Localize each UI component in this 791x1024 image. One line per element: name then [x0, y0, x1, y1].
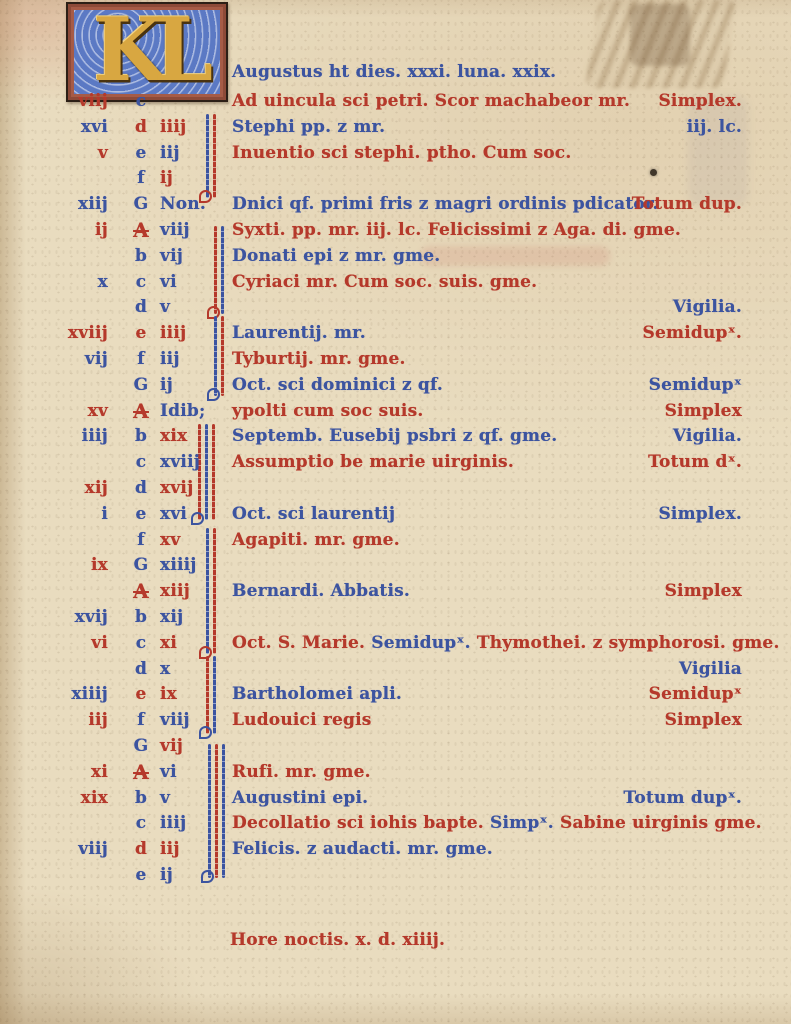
calendar-row: v e iij Inuentio sci stephi. ptho. Cum s… — [0, 142, 791, 166]
feast-entry: Felicis. z audacti. mr. gme. — [232, 838, 493, 860]
calendar-row: b vij Donati epi z mr. gme. — [0, 245, 791, 269]
feast-entry: ypolti cum soc suis. — [232, 400, 423, 422]
day-count: xv — [160, 529, 222, 551]
dominical-letter: d — [126, 296, 156, 318]
dominical-letter: G — [126, 735, 156, 757]
day-count: xviij — [160, 451, 222, 473]
feast-entry: Oct. S. Marie. Semidupˣ. Thymothei. z sy… — [232, 632, 780, 654]
feast-entry-segment: Inuentio sci stephi. ptho. Cum soc. — [232, 143, 571, 163]
kl-initial: KL — [66, 2, 228, 102]
day-count: v — [160, 296, 222, 318]
calendar-row: x c vi Cyriaci mr. Cum soc. suis. gme. — [0, 271, 791, 295]
feast-entry-segment: Augustini epi. — [232, 788, 368, 808]
calendar-row: xiij G Non. Dnici qf. primi fris z magri… — [0, 193, 791, 217]
feast-entry: Bartholomei apli. — [232, 683, 402, 705]
feast-entry: Dnici qf. primi fris z magri ordinis pdi… — [232, 193, 659, 215]
day-count: viij — [160, 219, 222, 241]
show-through-stain — [630, 4, 690, 66]
dominical-letter: c — [126, 451, 156, 473]
dominical-letter: c — [126, 812, 156, 834]
calendar-row: d v Vigilia. — [0, 296, 791, 320]
dominical-letter: f — [126, 167, 156, 189]
dominical-letter: A — [126, 219, 156, 241]
golden-number: x — [54, 271, 108, 293]
golden-number: viij — [54, 838, 108, 860]
feast-entry-segment: Oct. sci laurentij — [232, 504, 395, 524]
calendar-row: vij f iij Tyburtij. mr. gme. — [0, 348, 791, 372]
feast-entry-segment: Decollatio sci iohis bapte. — [232, 813, 490, 833]
golden-number: xiij — [54, 193, 108, 215]
feast-entry: Stephi pp. z mr. — [232, 116, 385, 138]
feast-entry: Ad uincula sci petri. Scor machabeor mr. — [232, 90, 630, 112]
calendar-row: i e xvi Oct. sci laurentij Simplex. — [0, 503, 791, 527]
feast-entry: Donati epi z mr. gme. — [232, 245, 440, 267]
day-count: ij — [160, 374, 222, 396]
golden-number: xv — [54, 400, 108, 422]
dominical-letter: b — [126, 787, 156, 809]
day-count: viij — [160, 709, 222, 731]
feast-entry-segment: Dnici qf. primi fris z magri ordinis pdi… — [232, 194, 659, 214]
month-header: Augustus ht dies. xxxi. luna. xxix. — [232, 62, 556, 82]
feast-entry-segment: Oct. sci dominici z qf. — [232, 375, 443, 395]
feast-entry: Bernardi. Abbatis. — [232, 580, 410, 602]
day-count: xi — [160, 632, 222, 654]
calendar-row: f ij — [0, 167, 791, 191]
golden-number: ix — [54, 554, 108, 576]
feast-grade: Totum dupˣ. — [624, 787, 743, 809]
feast-entry: Oct. sci laurentij — [232, 503, 395, 525]
calendar-row: G vij — [0, 735, 791, 759]
day-count: v — [160, 787, 222, 809]
golden-number: xix — [54, 787, 108, 809]
feast-entry-segment: Assumptio be marie uirginis. — [232, 452, 514, 472]
feast-entry-segment: Agapiti. mr. gme. — [232, 530, 400, 550]
feast-grade: Semidupˣ — [649, 374, 742, 396]
dominical-letter: e — [126, 322, 156, 344]
feast-entry-segment: Ludouici regis — [232, 710, 372, 730]
show-through-stain — [585, 0, 737, 88]
golden-number: i — [54, 503, 108, 525]
day-count: iiij — [160, 322, 222, 344]
calendar-row: ix G xiiij — [0, 554, 791, 578]
dominical-letter: e — [126, 683, 156, 705]
feast-grade: Simplex. — [658, 90, 742, 112]
feast-grade: Semidupˣ — [649, 683, 742, 705]
dominical-letter: A — [126, 761, 156, 783]
calendar-row: ij A viij Syxti. pp. mr. iij. lc. Felici… — [0, 219, 791, 243]
dominical-letter: c — [126, 271, 156, 293]
feast-grade: Simplex — [665, 580, 742, 602]
feast-entry-segment: Stephi pp. z mr. — [232, 117, 385, 137]
calendar-row: xix b v Augustini epi. Totum dupˣ. — [0, 787, 791, 811]
dominical-letter: e — [126, 503, 156, 525]
golden-number: iiij — [54, 425, 108, 447]
dominical-letter: G — [126, 193, 156, 215]
dominical-letter: b — [126, 245, 156, 267]
feast-entry-segment: Simpˣ. — [490, 813, 560, 833]
feast-entry-segment: Bernardi. Abbatis. — [232, 581, 410, 601]
golden-number: ij — [54, 219, 108, 241]
golden-number: xvi — [54, 116, 108, 138]
feast-entry-segment: Ad uincula sci petri. Scor machabeor mr. — [232, 91, 630, 111]
golden-number: v — [54, 142, 108, 164]
calendar-row: xi A vi Rufi. mr. gme. — [0, 761, 791, 785]
dominical-letter: c — [126, 90, 156, 112]
day-count: xix — [160, 425, 222, 447]
calendar-row: G ij Oct. sci dominici z qf. Semidupˣ — [0, 374, 791, 398]
day-count: vi — [160, 271, 222, 293]
feast-entry: Syxti. pp. mr. iij. lc. Felicissimi z Ag… — [232, 219, 681, 241]
calendar-row: c iiij Decollatio sci iohis bapte. Simpˣ… — [0, 812, 791, 836]
dominical-letter: A — [126, 400, 156, 422]
feast-grade: Vigilia. — [673, 296, 742, 318]
feast-entry: Laurentij. mr. — [232, 322, 366, 344]
feast-grade: iij. lc. — [687, 116, 742, 138]
feast-entry: Cyriaci mr. Cum soc. suis. gme. — [232, 271, 537, 293]
feast-entry-segment: Thymothei. z symphorosi. gme. — [477, 633, 780, 653]
feast-entry-segment: Septemb. Eusebij psbri z qf. gme. — [232, 426, 557, 446]
dominical-letter: f — [126, 348, 156, 370]
day-count: ij — [160, 864, 222, 886]
golden-number: xi — [54, 761, 108, 783]
feast-grade: Totum dˣ. — [648, 451, 742, 473]
day-count: iiij — [160, 812, 222, 834]
calendar-row: xv A Idib; ypolti cum soc suis. Simplex — [0, 400, 791, 424]
dominical-letter: c — [126, 632, 156, 654]
calendar-row: c xviij Assumptio be marie uirginis. Tot… — [0, 451, 791, 475]
feast-entry: Augustini epi. — [232, 787, 368, 809]
golden-number: xij — [54, 477, 108, 499]
dominical-letter: d — [126, 658, 156, 680]
feast-entry: Assumptio be marie uirginis. — [232, 451, 514, 473]
day-count: iij — [160, 348, 222, 370]
golden-number: xiiij — [54, 683, 108, 705]
golden-number: xvij — [54, 606, 108, 628]
feast-grade: Vigilia. — [673, 425, 742, 447]
calendar-row: xij d xvij — [0, 477, 791, 501]
day-count: Non. — [160, 193, 222, 215]
calendar-row: xviij e iiij Laurentij. mr. Semidupˣ. — [0, 322, 791, 346]
day-count: Idib; — [160, 400, 222, 422]
calendar-row: xvi d iiij Stephi pp. z mr. iij. lc. — [0, 116, 791, 140]
golden-number: viij — [54, 90, 108, 112]
calendar-row: viij c Ad uincula sci petri. Scor machab… — [0, 90, 791, 114]
dominical-letter: A — [126, 580, 156, 602]
dominical-letter: d — [126, 116, 156, 138]
feast-entry-segment: Bartholomei apli. — [232, 684, 402, 704]
calendar-row: vi c xi Oct. S. Marie. Semidupˣ. Thymoth… — [0, 632, 791, 656]
feast-entry-segment: Donati epi z mr. gme. — [232, 246, 440, 266]
hours-note: Hore noctis. x. d. xiiij. — [230, 930, 445, 950]
calendar-row: e ij — [0, 864, 791, 888]
dominical-letter: f — [126, 709, 156, 731]
feast-entry: Oct. sci dominici z qf. — [232, 374, 443, 396]
dominical-letter: b — [126, 425, 156, 447]
day-count: vij — [160, 735, 222, 757]
feast-entry-segment: Felicis. z audacti. mr. gme. — [232, 839, 493, 859]
day-count: iij — [160, 838, 222, 860]
dominical-letter: f — [126, 529, 156, 551]
feast-grade: Totum dup. — [632, 193, 742, 215]
feast-entry-segment: Cyriaci mr. Cum soc. suis. gme. — [232, 272, 537, 292]
calendar-row: d x Vigilia — [0, 658, 791, 682]
dominical-letter: G — [126, 554, 156, 576]
calendar-row: A xiij Bernardi. Abbatis. Simplex — [0, 580, 791, 604]
feast-entry: Agapiti. mr. gme. — [232, 529, 400, 551]
dominical-letter: G — [126, 374, 156, 396]
calendar-row: xiiij e ix Bartholomei apli. Semidupˣ — [0, 683, 791, 707]
day-count: x — [160, 658, 222, 680]
calendar-row: iiij b xix Septemb. Eusebij psbri z qf. … — [0, 425, 791, 449]
feast-grade: Vigilia — [679, 658, 742, 680]
calendar-row: f xv Agapiti. mr. gme. — [0, 529, 791, 553]
dominical-letter: e — [126, 142, 156, 164]
dominical-letter: d — [126, 477, 156, 499]
dominical-letter: b — [126, 606, 156, 628]
day-count: xij — [160, 606, 222, 628]
kl-initial-letters: KL — [68, 0, 226, 102]
golden-number: iij — [54, 709, 108, 731]
calendar-row: xvij b xij — [0, 606, 791, 630]
feast-entry-segment: Oct. S. Marie. — [232, 633, 371, 653]
feast-entry-segment: Laurentij. mr. — [232, 323, 366, 343]
feast-entry-segment: Syxti. pp. mr. iij. lc. Felicissimi z Ag… — [232, 220, 681, 240]
feast-entry-segment: Rufi. mr. gme. — [232, 762, 371, 782]
day-count: vi — [160, 761, 222, 783]
day-count: xvi — [160, 503, 222, 525]
feast-entry: Decollatio sci iohis bapte. Simpˣ. Sabin… — [232, 812, 762, 834]
day-count: iiij — [160, 116, 222, 138]
day-count: vij — [160, 245, 222, 267]
feast-entry-segment: ypolti cum soc suis. — [232, 401, 423, 421]
dominical-letter: e — [126, 864, 156, 886]
feast-grade: Simplex — [665, 400, 742, 422]
feast-entry: Septemb. Eusebij psbri z qf. gme. — [232, 425, 557, 447]
day-count: iij — [160, 142, 222, 164]
golden-number: vi — [54, 632, 108, 654]
feast-entry-segment: Sabine uirginis gme. — [560, 813, 762, 833]
day-count: xvij — [160, 477, 222, 499]
calendar-row: iij f viij Ludouici regis Simplex — [0, 709, 791, 733]
golden-number: xviij — [54, 322, 108, 344]
day-count: ij — [160, 167, 222, 189]
calendar-row: viij d iij Felicis. z audacti. mr. gme. — [0, 838, 791, 862]
manuscript-page: KL Augustus ht dies. xxxi. luna. xxix. v… — [0, 0, 791, 1024]
feast-grade: Simplex. — [658, 503, 742, 525]
golden-number: vij — [54, 348, 108, 370]
feast-entry-segment: Tyburtij. mr. gme. — [232, 349, 406, 369]
day-count: ix — [160, 683, 222, 705]
feast-grade: Semidupˣ. — [643, 322, 742, 344]
feast-entry: Tyburtij. mr. gme. — [232, 348, 406, 370]
dominical-letter: d — [126, 838, 156, 860]
feast-grade: Simplex — [665, 709, 742, 731]
day-count: xiiij — [160, 554, 222, 576]
feast-entry: Inuentio sci stephi. ptho. Cum soc. — [232, 142, 571, 164]
feast-entry: Ludouici regis — [232, 709, 372, 731]
feast-entry-segment: Semidupˣ. — [371, 633, 477, 653]
day-count: xiij — [160, 580, 222, 602]
feast-entry: Rufi. mr. gme. — [232, 761, 371, 783]
